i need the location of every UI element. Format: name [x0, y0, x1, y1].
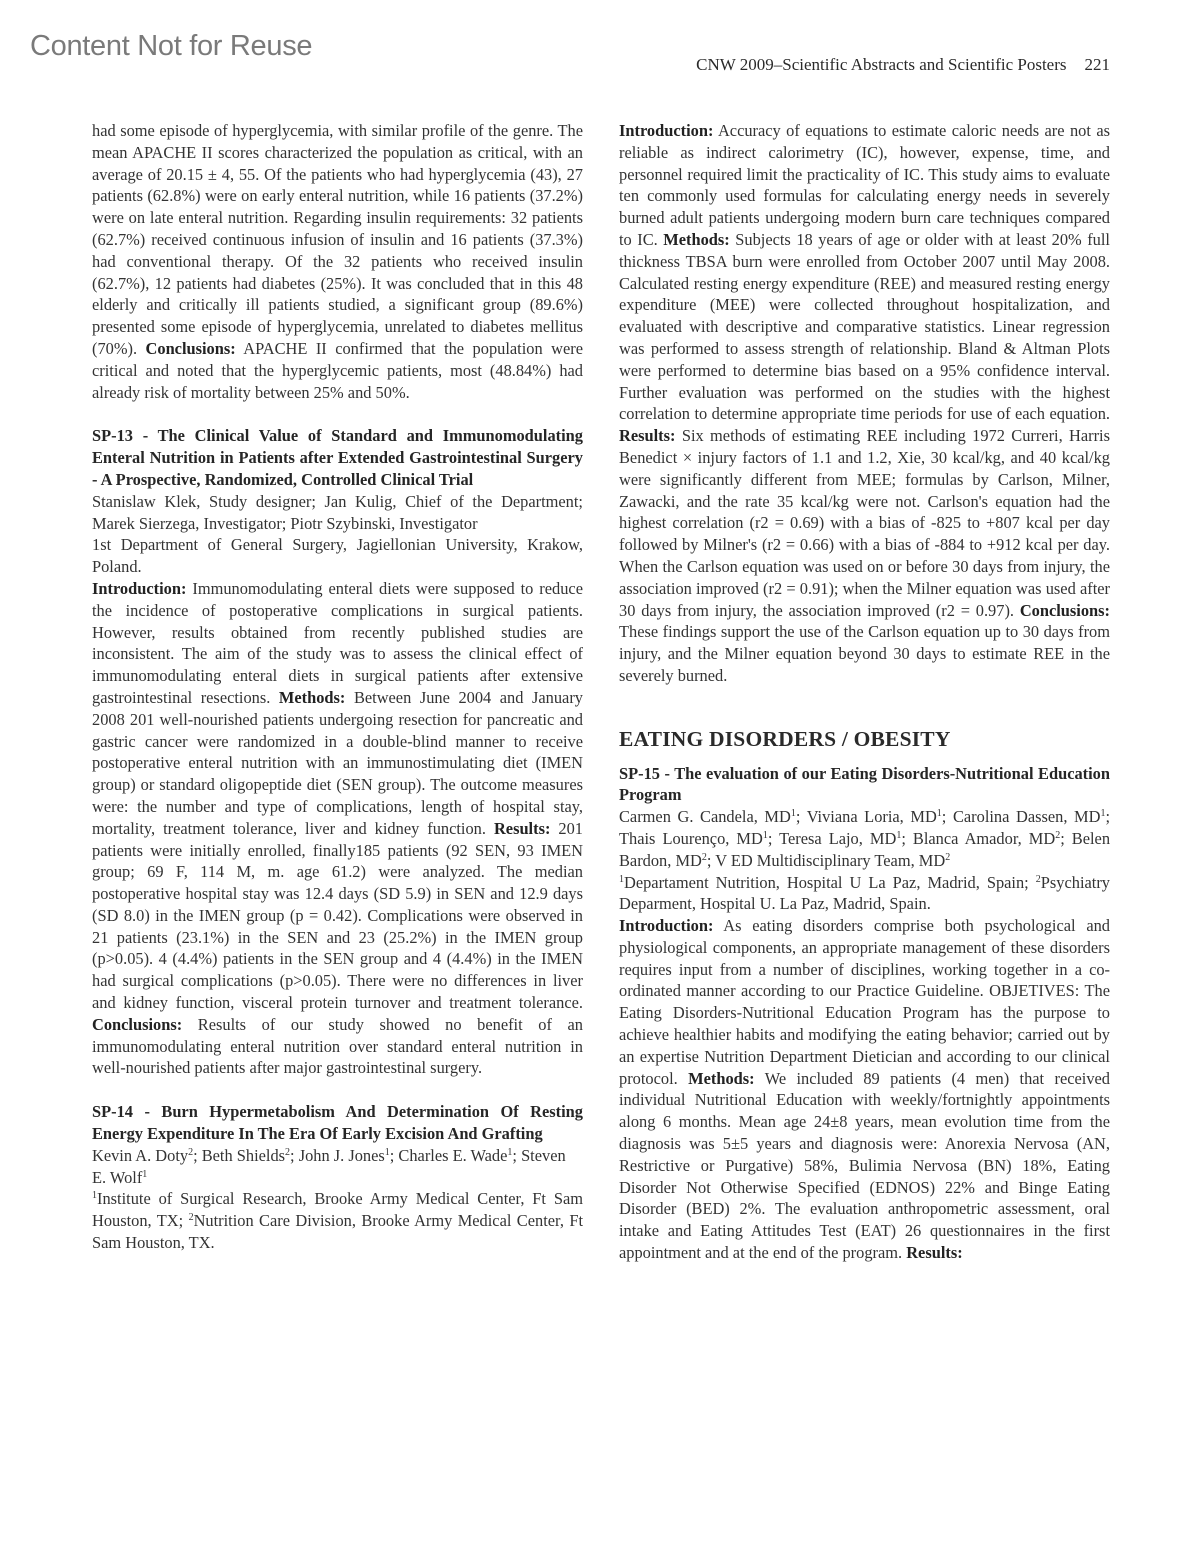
conclusions-text: These findings support the use of the Ca… [619, 622, 1110, 685]
abstract-sp15: SP-15 - The evaluation of our Eating Dis… [619, 763, 1110, 1264]
page-number: 221 [1085, 55, 1111, 74]
abstract-affiliation: 1st Department of General Surgery, Jagie… [92, 534, 583, 578]
conclusions-label: Conclusions: [1020, 601, 1110, 620]
author-superscript: 1 [507, 1147, 512, 1158]
abstract-body: Introduction: Immunomodulating enteral d… [92, 578, 583, 1079]
abstract-sp14-body: Introduction: Accuracy of equations to e… [619, 120, 1110, 687]
author-superscript: 1 [142, 1169, 147, 1180]
author: Thais Lourenço, MD [619, 829, 763, 848]
abstract-authors: Stanislaw Klek, Study designer; Jan Kuli… [92, 491, 583, 535]
author-superscript: 1 [937, 808, 942, 819]
author: Charles E. Wade [398, 1146, 507, 1165]
author-superscript: 2 [285, 1147, 290, 1158]
continued-text: had some episode of hyperglycemia, with … [92, 121, 583, 358]
results-text: Six methods of estimating REE including … [619, 426, 1110, 619]
results-label: Results: [906, 1243, 962, 1262]
author-superscript: 2 [1055, 830, 1060, 841]
author-superscript: 2 [188, 1147, 193, 1158]
results-text: 201 patients were initially enrolled, fi… [92, 819, 583, 1012]
author: Viviana Loria, MD [807, 807, 937, 826]
abstract-sp13: SP-13 - The Clinical Value of Standard a… [92, 425, 583, 1079]
abstract-affiliation: 1Institute of Surgical Research, Brooke … [92, 1188, 583, 1253]
author: Carmen G. Candela, MD [619, 807, 791, 826]
methods-text: We included 89 patients (4 men) that rec… [619, 1069, 1110, 1262]
abstract-title: SP-14 - Burn Hypermetabolism And Determi… [92, 1101, 583, 1145]
running-header: CNW 2009–Scientific Abstracts and Scient… [610, 55, 1110, 75]
author: Carolina Dassen, MD [953, 807, 1100, 826]
conclusions-label: Conclusions: [146, 339, 236, 358]
methods-label: Methods: [688, 1069, 754, 1088]
abstract-authors: Kevin A. Doty2; Beth Shields2; John J. J… [92, 1145, 583, 1189]
abstract-body: Introduction: As eating disorders compri… [619, 915, 1110, 1264]
introduction-label: Introduction: [92, 579, 186, 598]
conclusions-label: Conclusions: [92, 1015, 182, 1034]
results-label: Results: [494, 819, 550, 838]
author: V ED Multidisciplinary Team, MD [715, 851, 945, 870]
abstract-affiliation: 1Departament Nutrition, Hospital U La Pa… [619, 872, 1110, 916]
methods-text: Subjects 18 years of age or older with a… [619, 230, 1110, 423]
methods-text: Between June 2004 and January 2008 201 w… [92, 688, 583, 838]
abstract-sp14: SP-14 - Burn Hypermetabolism And Determi… [92, 1101, 583, 1254]
author: John J. Jones [299, 1146, 385, 1165]
introduction-text: As eating disorders comprise both psycho… [619, 916, 1110, 1088]
abstract-title: SP-13 - The Clinical Value of Standard a… [92, 425, 583, 490]
methods-label: Methods: [663, 230, 729, 249]
affiliation-text: Departament Nutrition, Hospital U La Paz… [624, 873, 1029, 892]
author: Teresa Lajo, MD [779, 829, 896, 848]
author-superscript: 1 [385, 1147, 390, 1158]
author-superscript: 1 [763, 830, 768, 841]
methods-label: Methods: [279, 688, 345, 707]
continued-abstract: had some episode of hyperglycemia, with … [92, 120, 583, 403]
abstract-authors: Carmen G. Candela, MD1; Viviana Loria, M… [619, 806, 1110, 871]
author-superscript: 1 [1100, 808, 1105, 819]
introduction-label: Introduction: [619, 916, 713, 935]
author-superscript: 1 [896, 830, 901, 841]
watermark: Content Not for Reuse [30, 30, 312, 63]
author: Blanca Amador, MD [913, 829, 1055, 848]
section-heading: EATING DISORDERS / OBESITY [619, 729, 1110, 751]
author: Kevin A. Doty [92, 1146, 188, 1165]
results-label: Results: [619, 426, 675, 445]
author-superscript: 2 [945, 852, 950, 863]
left-column: had some episode of hyperglycemia, with … [92, 120, 583, 1254]
author-superscript: 1 [791, 808, 796, 819]
author-superscript: 2 [702, 852, 707, 863]
author: Beth Shields [202, 1146, 285, 1165]
introduction-label: Introduction: [619, 121, 713, 140]
abstract-title: SP-15 - The evaluation of our Eating Dis… [619, 763, 1110, 807]
right-column: Introduction: Accuracy of equations to e… [619, 120, 1110, 1264]
running-title: CNW 2009–Scientific Abstracts and Scient… [696, 55, 1066, 74]
